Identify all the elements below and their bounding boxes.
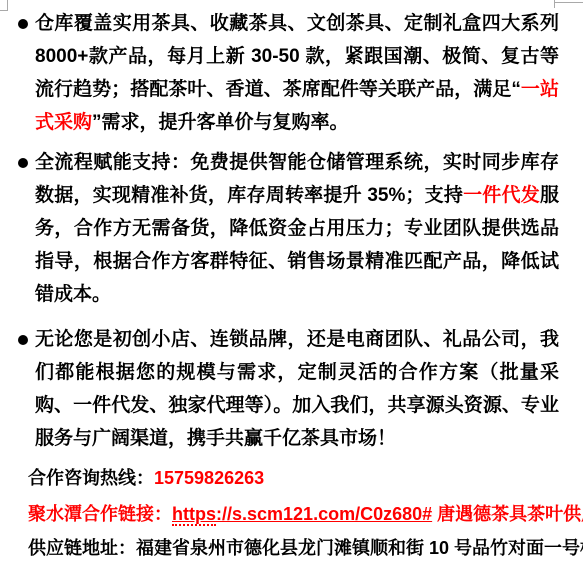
crop-mark-top-right-horizontal [554,2,583,3]
link-url-rest: ://s.scm121.com/C0z680# [216,504,432,524]
crop-mark-top-left-horizontal [0,10,8,11]
bullet-text-segment: 仓库覆盖实用茶具、收藏茶具、文创茶具、定制礼盒四大系列 8000+款产品，每月上… [35,13,559,100]
document-page: 仓库覆盖实用茶具、收藏茶具、文创茶具、定制礼盒四大系列 8000+款产品，每月上… [0,0,583,578]
bullet-text-segment: ”需求，提升客单价与复购率。 [92,112,349,133]
supply-chain-link[interactable]: https://s.scm121.com/C0z680# [172,504,432,526]
hotline-line: 合作咨询热线：15759826263 [28,466,264,491]
address-line: 供应链地址：福建省泉州市德化县龙门滩镇顺和街 10 号品竹对面一号楼 [28,536,583,561]
link-url-scheme: https [172,504,216,526]
bullet-icon [18,158,28,168]
bullet-item-product-range: 仓库覆盖实用茶具、收藏茶具、文创茶具、定制礼盒四大系列 8000+款产品，每月上… [35,7,559,139]
highlight-dropshipping: 一件代发 [463,185,540,206]
bullet-text-segment: 无论您是初创小店、连锁品牌，还是电商团队、礼品公司，我们都能根据您的规模与需求，… [35,329,559,449]
bullet-icon [18,335,28,345]
hotline-label: 合作咨询热线： [28,468,154,488]
link-suffix-company-name: 唐遇德茶具茶叶供应链 [432,504,583,524]
hotline-number: 15759826263 [154,468,264,488]
bullet-icon [18,19,28,29]
cooperation-link-label: 聚水潭合作链接： [28,504,172,524]
address-text: 供应链地址：福建省泉州市德化县龙门滩镇顺和街 10 号品竹对面一号楼 [28,538,583,558]
cooperation-link-line: 聚水潭合作链接：https://s.scm121.com/C0z680# 唐遇德… [28,502,583,527]
bullet-item-enablement-support: 全流程赋能支持：免费提供智能仓储管理系统，实时同步库存数据，实现精准补货，库存周… [35,146,559,311]
crop-mark-top-left-vertical [7,0,8,10]
bullet-item-cooperation-plans: 无论您是初创小店、连锁品牌，还是电商团队、礼品公司，我们都能根据您的规模与需求，… [35,323,559,455]
